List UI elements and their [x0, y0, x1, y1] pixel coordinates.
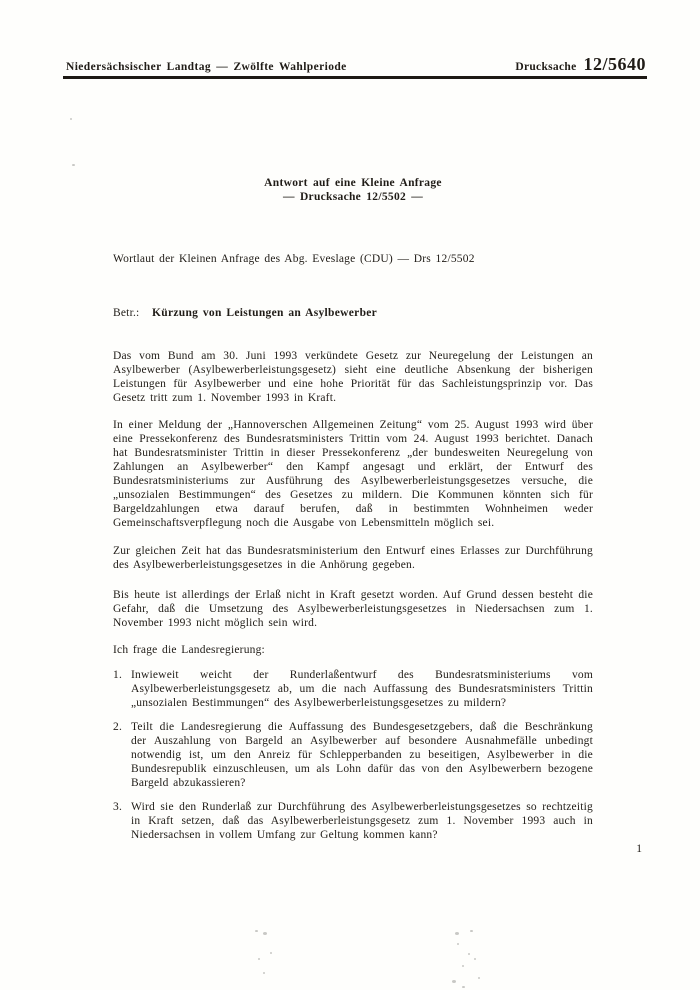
- title-line-1: Antwort auf eine Kleine Anfrage: [113, 176, 593, 190]
- question-item: 1. Inwieweit weicht der Runderlaßentwurf…: [113, 668, 593, 710]
- question-text: Inwieweit weicht der Runderlaßentwurf de…: [131, 668, 593, 710]
- paragraph: Bis heute ist allerdings der Erlaß nicht…: [113, 588, 593, 630]
- page-number: 1: [636, 843, 642, 855]
- question-number: 2.: [113, 720, 131, 790]
- header-divider: [63, 76, 647, 79]
- question-item: 2. Teilt die Landesregierung die Auffass…: [113, 720, 593, 790]
- document-body: Wortlaut der Kleinen Anfrage des Abg. Ev…: [113, 252, 593, 842]
- regarding-label: Betr.:: [113, 307, 139, 319]
- question-number: 1.: [113, 668, 131, 710]
- docket-label: Drucksache: [515, 61, 576, 73]
- subject-line: Wortlaut der Kleinen Anfrage des Abg. Ev…: [113, 252, 593, 266]
- question-number: 3.: [113, 800, 131, 842]
- docket-reference: Drucksache12/5640: [515, 54, 646, 75]
- question-item: 3. Wird sie den Runderlaß zur Durchführu…: [113, 800, 593, 842]
- document-page: Niedersächsischer Landtag — Zwölfte Wahl…: [0, 0, 700, 990]
- document-title: Antwort auf eine Kleine Anfrage — Drucks…: [113, 176, 593, 204]
- docket-number: 12/5640: [583, 54, 646, 74]
- regarding-text: Kürzung von Leistungen an Asylbewerber: [152, 307, 377, 319]
- regarding-line: Betr.: Kürzung von Leistungen an Asylbew…: [113, 306, 593, 320]
- page-header: Niedersächsischer Landtag — Zwölfte Wahl…: [66, 54, 646, 75]
- paragraph: Zur gleichen Zeit hat das Bundesratsmini…: [113, 544, 593, 572]
- paragraph: Das vom Bund am 30. Juni 1993 verkündete…: [113, 349, 593, 405]
- title-line-2: — Drucksache 12/5502 —: [113, 190, 593, 204]
- paragraph: In einer Meldung der „Hannoverschen Allg…: [113, 418, 593, 530]
- question-text: Teilt die Landesregierung die Auffassung…: [131, 720, 593, 790]
- question-text: Wird sie den Runderlaß zur Durchführung …: [131, 800, 593, 842]
- question-intro: Ich frage die Landesregierung:: [113, 643, 593, 657]
- parliament-title: Niedersächsischer Landtag — Zwölfte Wahl…: [66, 61, 347, 73]
